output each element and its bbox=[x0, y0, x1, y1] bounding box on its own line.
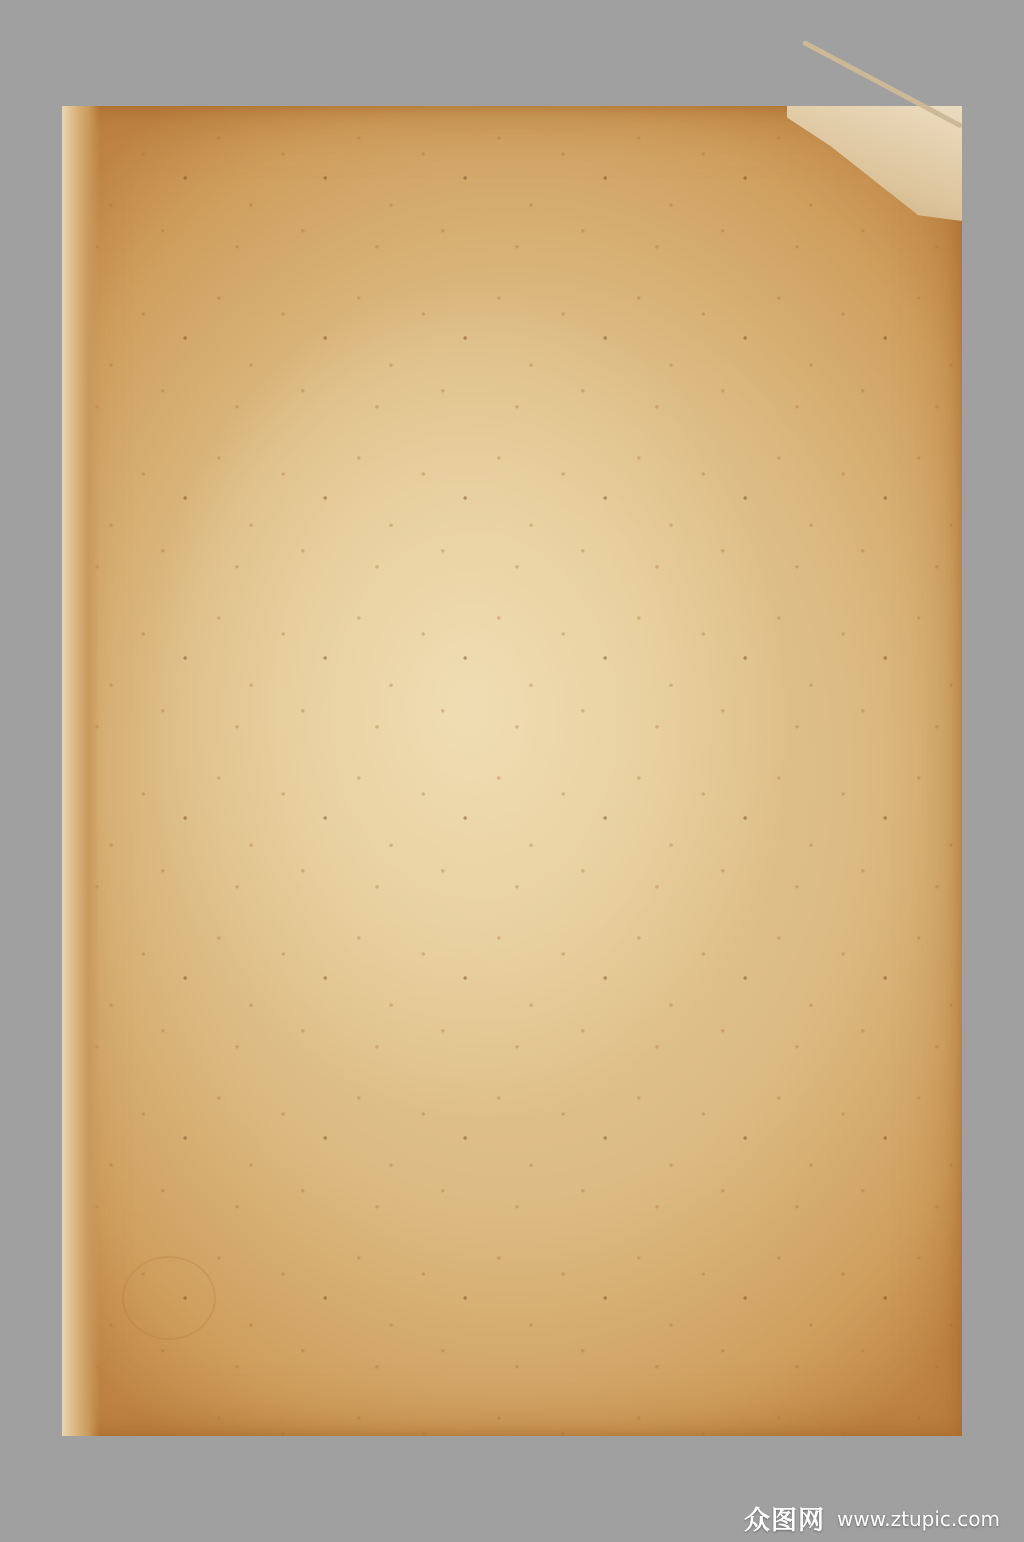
watermark: 众图网 www.ztupic.com bbox=[744, 1500, 1000, 1537]
aged-paper bbox=[62, 106, 962, 1436]
watermark-logo: 众图网 bbox=[744, 1500, 825, 1537]
water-stain bbox=[122, 1256, 216, 1340]
watermark-url: www.ztupic.com bbox=[837, 1507, 1000, 1531]
paper-spine-edge bbox=[62, 106, 100, 1436]
folded-corner bbox=[787, 106, 962, 221]
